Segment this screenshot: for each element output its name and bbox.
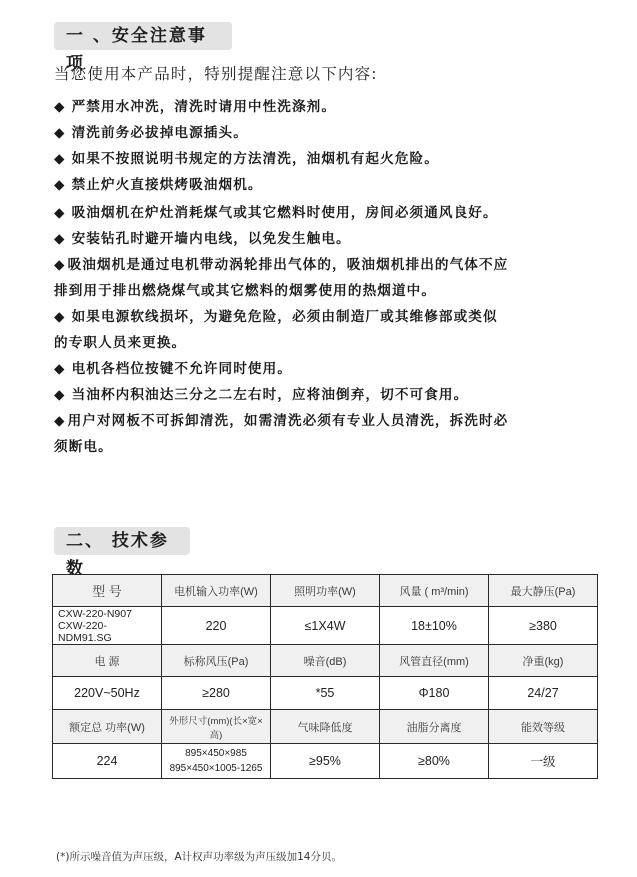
list-item: ◆如果电源软线损坏，为避免危险，必须由制造厂或其维修部或类似的专职人员来更换。 [54,304,614,356]
diamond-icon: ◆ [54,172,66,198]
list-item: ◆如果不按照说明书规定的方法清洗，油烟机有起火危险。 [54,146,614,172]
diamond-icon: ◆ [54,382,66,408]
diamond-icon: ◆ [54,94,66,120]
spec-table: 型 号 电机输入功率(W) 照明功率(W) 风量 ( m³/min) 最大静压(… [52,574,598,779]
table-row: CXW-220-N907CXW-220-NDM91.SG 220 ≤1X4W 1… [53,607,598,645]
table-row: 额定总 功率(W) 外形尺寸(mm)(长×宽×高) 气味降低度 油脂分离度 能效… [53,710,598,744]
section-title-specs: 二、 技术参数 [54,527,190,555]
table-row: 型 号 电机输入功率(W) 照明功率(W) 风量 ( m³/min) 最大静压(… [53,575,598,607]
list-item: ◆当油杯内积油达三分之二左右时，应将油倒弃，切不可食用。 [54,382,614,408]
list-item: ◆安装钻孔时避开墙内电线，以免发生触电。 [54,226,614,252]
list-item: ◆禁止炉火直接烘烤吸油烟机。 [54,172,614,198]
list-item: ◆吸油烟机是通过电机带动涡轮排出气体的，吸油烟机排出的气体不应排到用于排出燃烧煤… [54,252,614,304]
section-title-safety: 一 、安全注意事项 [54,22,232,50]
list-item: ◆用户对网板不可拆卸清洗，如需清洗必须有专业人员清洗，拆洗时必须断电。 [54,408,614,460]
dimensions-cell: 895×450×985895×450×1005-1265 [162,744,271,779]
table-row: 220V~50Hz ≥280 *55 Φ180 24/27 [53,677,598,710]
model-cell: CXW-220-N907CXW-220-NDM91.SG [53,607,162,645]
diamond-icon: ◆ [54,200,66,226]
diamond-icon: ◆ [54,252,66,278]
list-item: ◆严禁用水冲洗，清洗时请用中性洗涤剂。 [54,94,614,120]
diamond-icon: ◆ [54,408,66,434]
table-row: 电 源 标称风压(Pa) 噪音(dB) 风管直径(mm) 净重(kg) [53,645,598,677]
list-item: ◆电机各档位按键不允许同时使用。 [54,356,614,382]
diamond-icon: ◆ [54,356,66,382]
diamond-icon: ◆ [54,146,66,172]
diamond-icon: ◆ [54,120,66,146]
diamond-icon: ◆ [54,304,66,330]
diamond-icon: ◆ [54,226,66,252]
list-item: ◆吸油烟机在炉灶消耗煤气或其它燃料时使用，房间必须通风良好。 [54,200,614,226]
safety-intro: 当您使用本产品时，特别提醒注意以下内容: [54,62,378,84]
list-item: ◆清洗前务必拔掉电源插头。 [54,120,614,146]
noise-footnote: (*)所示噪音值为声压级，A计权声功率级为声压级加14分贝。 [56,849,342,864]
table-row: 224 895×450×985895×450×1005-1265 ≥95% ≥8… [53,744,598,779]
safety-list: ◆严禁用水冲洗，清洗时请用中性洗涤剂。 ◆清洗前务必拔掉电源插头。 ◆如果不按照… [54,94,614,460]
